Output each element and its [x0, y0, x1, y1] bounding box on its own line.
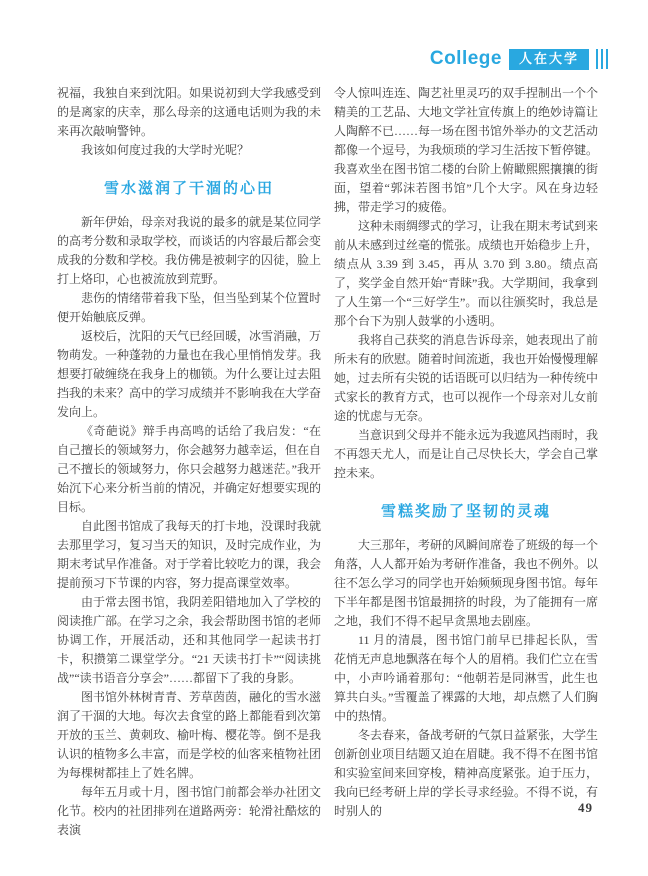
paragraph: 我该如何度过我的大学时光呢？	[57, 141, 321, 160]
paragraph: 11 月的清晨，图书馆门前早已排起长队，雪花悄无声息地飘落在每个人的眉梢。我们伫…	[334, 631, 598, 726]
text-column-right: 令人惊叫连连、陶艺社里灵巧的双手捏制出一个个精美的工艺品、大地文学社宣传旗上的绝…	[334, 84, 598, 840]
paragraph: 令人惊叫连连、陶艺社里灵巧的双手捏制出一个个精美的工艺品、大地文学社宣传旗上的绝…	[334, 84, 598, 217]
paragraph: 当意识到父母并不能永远为我遮风挡雨时，我不再怨天尤人，而是让自己尽快长大，学会自…	[334, 426, 598, 483]
article-body: 祝福，我独自来到沈阳。如果说初到大学我感受到的是离家的庆幸，那么母亲的这通电话则…	[57, 84, 598, 840]
paragraph: 祝福，我独自来到沈阳。如果说初到大学我感受到的是离家的庆幸，那么母亲的这通电话则…	[57, 84, 321, 141]
paragraph: 由于常去图书馆，我阴差阳错地加入了学校的阅读推广部。在学习之余，我会帮助图书馆的…	[57, 593, 321, 688]
section-heading: 雪糕奖励了坚韧的灵魂	[334, 500, 598, 521]
paragraph: 每年五月或十月，图书馆门前都会举办社团文化节。校内的社团排列在道路两旁：轮滑社酷…	[57, 783, 321, 840]
paragraph: 图书馆外林树青青、芳草茵茵，融化的雪水滋润了干涸的大地。每次去食堂的路上都能看到…	[57, 688, 321, 783]
magazine-page: College 人在大学 祝福，我独自来到沈阳。如果说初到大学我感受到的是离家的…	[0, 0, 648, 876]
section-heading: 雪水滋润了干涸的心田	[57, 177, 321, 198]
section-badge: 人在大学	[509, 49, 589, 70]
paragraph: 返校后，沈阳的天气已经回暖，冰雪消融，万物萌发。一种蓬勃的力量也在我心里悄悄发芽…	[57, 327, 321, 422]
brand-logo: College	[430, 48, 502, 70]
page-header: College 人在大学	[430, 48, 608, 70]
paragraph: 我将自己获奖的消息告诉母亲，她表现出了前所未有的欣慰。随着时间流逝，我也开始慢慢…	[334, 331, 598, 426]
text-column-left: 祝福，我独自来到沈阳。如果说初到大学我感受到的是离家的庆幸，那么母亲的这通电话则…	[57, 84, 321, 840]
paragraph: 冬去春来，备战考研的气氛日益紧张，大学生创新创业项目结题又迫在眉睫。我不得不在图…	[334, 726, 598, 821]
paragraph: 大三那年，考研的风瞬间席卷了班级的每一个角落，人人都开始为考研作准备，我也不例外…	[334, 536, 598, 631]
paragraph: 自此图书馆成了我每天的打卡地，没课时我就去那里学习，复习当天的知识，及时完成作业…	[57, 517, 321, 593]
paragraph: 悲伤的情绪带着我下坠，但当坠到某个位置时便开始触底反弹。	[57, 289, 321, 327]
paragraph: 《奇葩说》辩手冉高鸣的话给了我启发：“在自己擅长的领域努力，你会越努力越幸运，但…	[57, 422, 321, 517]
paragraph: 这种未雨绸缪式的学习，让我在期末考试到来前从未感到过丝毫的慌张。成绩也开始稳步上…	[334, 217, 598, 331]
page-number: 49	[578, 800, 593, 816]
paragraph: 新年伊始，母亲对我说的最多的就是某位同学的高考分数和录取学校，而谈话的内容最后都…	[57, 213, 321, 289]
decorative-bars-icon	[596, 49, 608, 69]
